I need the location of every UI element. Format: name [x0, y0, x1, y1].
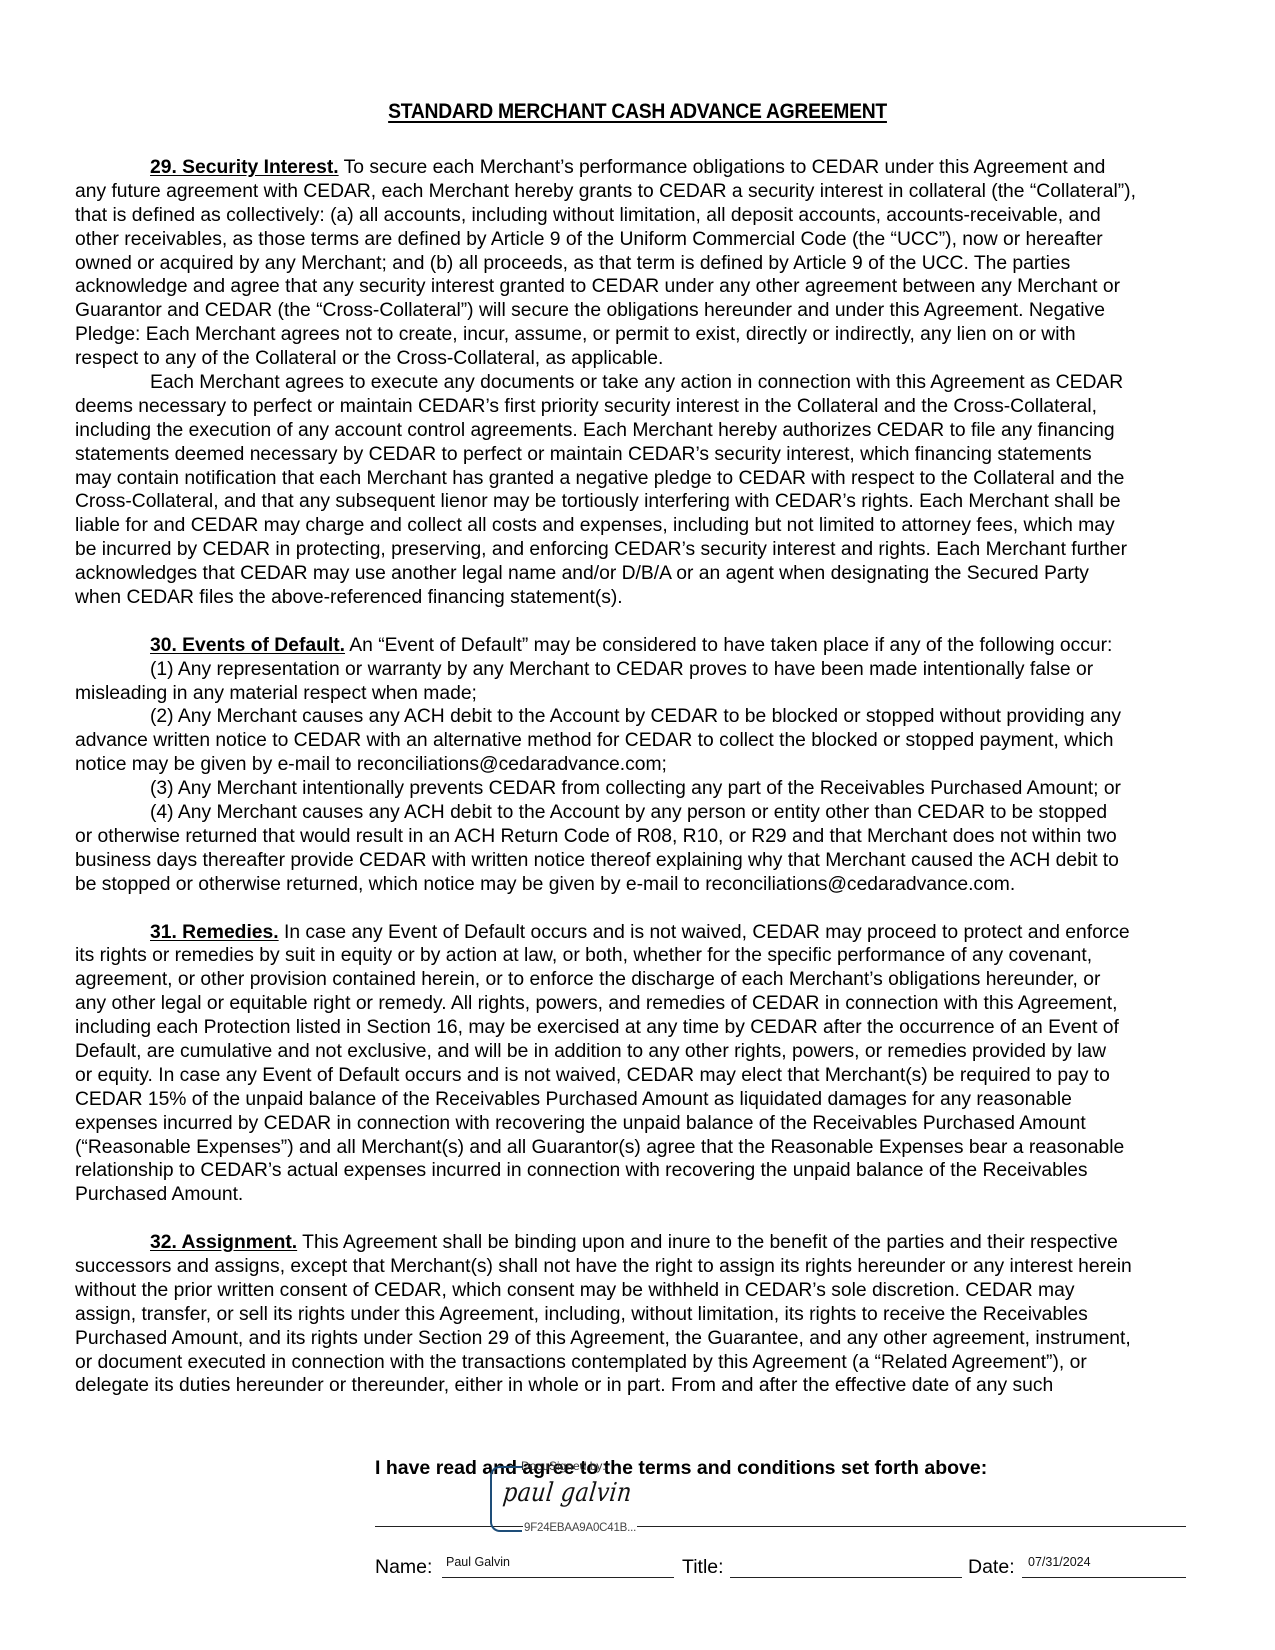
section-30-line: notice may be given by e-mail to reconci…: [75, 753, 1203, 777]
line-text: (3) Any Merchant intentionally prevents …: [150, 778, 1121, 799]
section-32-line: without the prior written consent of CED…: [75, 1279, 1203, 1303]
section-29-line: owned or acquired by any Merchant; and (…: [75, 252, 1203, 276]
section-31-line: (“Reasonable Expenses”) and all Merchant…: [75, 1136, 1203, 1160]
section-32-line: successors and assigns, except that Merc…: [75, 1255, 1203, 1279]
section-30-heading: 30. Events of Default.: [150, 635, 345, 656]
line-text: (2) Any Merchant causes any ACH debit to…: [150, 706, 1121, 727]
signer-fields: Name: Paul Galvin Title: Date: 07/31/202…: [0, 1553, 1275, 1583]
docusign-envelope-id: 9F24EBAA9A0C41B...: [523, 1522, 637, 1534]
section-30-line: (4) Any Merchant causes any ACH debit to…: [75, 801, 1203, 825]
line-text: any other legal or equitable right or re…: [75, 993, 1117, 1014]
line-text: liable for and CEDAR may charge and coll…: [75, 515, 1115, 536]
line-text: including each Protection listed in Sect…: [75, 1017, 1119, 1038]
section-31-heading: 31. Remedies.: [150, 922, 279, 943]
section-30-line: misleading in any material respect when …: [75, 682, 1203, 706]
line-text: assign, transfer, or sell its rights und…: [75, 1304, 1088, 1325]
document-page: STANDARD MERCHANT CASH ADVANCE AGREEMENT…: [0, 0, 1275, 1650]
docusign-label: DocuSigned by:: [521, 1459, 606, 1473]
section-29-line: Cross-Collateral, and that any subsequen…: [75, 490, 1203, 514]
section-29-line: Each Merchant agrees to execute any docu…: [75, 371, 1203, 395]
section-30-line: (1) Any representation or warranty by an…: [75, 658, 1203, 682]
line-text: expenses incurred by CEDAR in connection…: [75, 1113, 1086, 1134]
line-text: Each Merchant agrees to execute any docu…: [150, 372, 1123, 393]
section-30-line: be stopped or otherwise returned, which …: [75, 873, 1203, 897]
section-29-line: Guarantor and CEDAR (the “Cross-Collater…: [75, 299, 1203, 323]
line-text: (“Reasonable Expenses”) and all Merchant…: [75, 1137, 1124, 1158]
section-29-line: deems necessary to perfect or maintain C…: [75, 395, 1203, 419]
line-text: relationship to CEDAR’s actual expenses …: [75, 1160, 1088, 1181]
line-text: business days thereafter provide CEDAR w…: [75, 850, 1119, 871]
section-29-line: respect to any of the Collateral or the …: [75, 347, 1203, 371]
line-text: To secure each Merchant’s performance ob…: [339, 157, 1106, 178]
line-text: without the prior written consent of CED…: [75, 1280, 1074, 1301]
section-29-line: other receivables, as those terms are de…: [75, 228, 1203, 252]
title-label: Title:: [682, 1556, 724, 1579]
line-text: deems necessary to perfect or maintain C…: [75, 396, 1097, 417]
line-text: other receivables, as those terms are de…: [75, 229, 1103, 250]
section-29-line: including the execution of any account c…: [75, 419, 1203, 443]
line-text: advance written notice to CEDAR with an …: [75, 730, 1114, 751]
line-text: (4) Any Merchant causes any ACH debit to…: [150, 802, 1107, 823]
line-text: or document executed in connection with …: [75, 1352, 1087, 1373]
line-text: delegate its duties hereunder or thereun…: [75, 1375, 1053, 1396]
line-text: successors and assigns, except that Merc…: [75, 1256, 1132, 1277]
section-29-line: be incurred by CEDAR in protecting, pres…: [75, 538, 1203, 562]
acknowledgement-text: I have read and agree to the terms and c…: [375, 1457, 987, 1480]
line-text: This Agreement shall be binding upon and…: [297, 1232, 1118, 1253]
name-field[interactable]: Paul Galvin: [446, 1555, 510, 1569]
section-29-line: that is defined as collectively: (a) all…: [75, 204, 1203, 228]
date-field[interactable]: 07/31/2024: [1028, 1555, 1091, 1569]
section-31-line: its rights or remedies by suit in equity…: [75, 944, 1203, 968]
section-29-line: liable for and CEDAR may charge and coll…: [75, 514, 1203, 538]
line-text: when CEDAR files the above-referenced fi…: [75, 587, 623, 608]
line-text: Guarantor and CEDAR (the “Cross-Collater…: [75, 300, 1105, 321]
blank-line: [75, 897, 1203, 921]
section-31-line: Purchased Amount.: [75, 1183, 1203, 1207]
section-30-line: 30. Events of Default. An “Event of Defa…: [75, 634, 1203, 658]
title-underline: [730, 1577, 962, 1578]
section-32-line: 32. Assignment. This Agreement shall be …: [75, 1231, 1203, 1255]
section-32-line: delegate its duties hereunder or thereun…: [75, 1374, 1203, 1398]
document-title: STANDARD MERCHANT CASH ADVANCE AGREEMENT: [51, 100, 1224, 124]
blank-line: [75, 1207, 1203, 1231]
section-31-line: including each Protection listed in Sect…: [75, 1016, 1203, 1040]
section-29-line: may contain notification that each Merch…: [75, 467, 1203, 491]
section-31-line: any other legal or equitable right or re…: [75, 992, 1203, 1016]
line-text: notice may be given by e-mail to reconci…: [75, 754, 667, 775]
section-32-line: or document executed in connection with …: [75, 1351, 1203, 1375]
line-text: Purchased Amount, and its rights under S…: [75, 1328, 1131, 1349]
line-text: Pledge: Each Merchant agrees not to crea…: [75, 324, 1076, 345]
section-30-line: (3) Any Merchant intentionally prevents …: [75, 777, 1203, 801]
agreement-body: 29. Security Interest. To secure each Me…: [75, 156, 1203, 1398]
section-32-heading: 32. Assignment.: [150, 1232, 297, 1253]
section-29-heading: 29. Security Interest.: [150, 157, 339, 178]
line-text: may contain notification that each Merch…: [75, 468, 1124, 489]
line-text: owned or acquired by any Merchant; and (…: [75, 253, 1070, 274]
section-29-line: statements deemed necessary by CEDAR to …: [75, 443, 1203, 467]
section-30-line: (2) Any Merchant causes any ACH debit to…: [75, 705, 1203, 729]
section-31-line: CEDAR 15% of the unpaid balance of the R…: [75, 1088, 1203, 1112]
line-text: acknowledges that CEDAR may use another …: [75, 563, 1089, 584]
title-field[interactable]: [734, 1555, 960, 1575]
line-text: its rights or remedies by suit in equity…: [75, 945, 1092, 966]
line-text: In case any Event of Default occurs and …: [279, 922, 1130, 943]
line-text: respect to any of the Collateral or the …: [75, 348, 663, 369]
line-text: including the execution of any account c…: [75, 420, 1115, 441]
section-31-line: expenses incurred by CEDAR in connection…: [75, 1112, 1203, 1136]
date-label: Date:: [968, 1556, 1015, 1579]
line-text: Default, are cumulative and not exclusiv…: [75, 1041, 1106, 1062]
line-text: any future agreement with CEDAR, each Me…: [75, 181, 1136, 202]
line-text: be incurred by CEDAR in protecting, pres…: [75, 539, 1127, 560]
section-31-line: Default, are cumulative and not exclusiv…: [75, 1040, 1203, 1064]
line-text: Purchased Amount.: [75, 1184, 243, 1205]
line-text: or equity. In case any Event of Default …: [75, 1065, 1110, 1086]
section-31-line: relationship to CEDAR’s actual expenses …: [75, 1159, 1203, 1183]
section-29-line: 29. Security Interest. To secure each Me…: [75, 156, 1203, 180]
section-30-line: or otherwise returned that would result …: [75, 825, 1203, 849]
document-title-text: STANDARD MERCHANT CASH ADVANCE AGREEMENT: [388, 100, 887, 123]
date-underline: [1022, 1577, 1186, 1578]
line-text: Cross-Collateral, and that any subsequen…: [75, 491, 1121, 512]
section-31-line: agreement, or other provision contained …: [75, 968, 1203, 992]
section-29-line: when CEDAR files the above-referenced fi…: [75, 586, 1203, 610]
section-29-line: Pledge: Each Merchant agrees not to crea…: [75, 323, 1203, 347]
section-32-line: Purchased Amount, and its rights under S…: [75, 1327, 1203, 1351]
section-29-line: acknowledge and agree that any security …: [75, 275, 1203, 299]
line-text: that is defined as collectively: (a) all…: [75, 205, 1101, 226]
section-31-line: or equity. In case any Event of Default …: [75, 1064, 1203, 1088]
section-30-line: advance written notice to CEDAR with an …: [75, 729, 1203, 753]
name-underline: [442, 1577, 674, 1578]
line-text: be stopped or otherwise returned, which …: [75, 874, 1015, 895]
section-30-line: business days thereafter provide CEDAR w…: [75, 849, 1203, 873]
section-29-line: any future agreement with CEDAR, each Me…: [75, 180, 1203, 204]
line-text: or otherwise returned that would result …: [75, 826, 1117, 847]
line-text: (1) Any representation or warranty by an…: [150, 659, 1093, 680]
section-31-line: 31. Remedies. In case any Event of Defau…: [75, 921, 1203, 945]
line-text: agreement, or other provision contained …: [75, 969, 1100, 990]
blank-line: [75, 610, 1203, 634]
section-32-line: assign, transfer, or sell its rights und…: [75, 1303, 1203, 1327]
line-text: misleading in any material respect when …: [75, 683, 477, 704]
section-29-line: acknowledges that CEDAR may use another …: [75, 562, 1203, 586]
line-text: statements deemed necessary by CEDAR to …: [75, 444, 1092, 465]
line-text: An “Event of Default” may be considered …: [345, 635, 1112, 656]
signature[interactable]: paul galvin: [501, 1478, 633, 1508]
line-text: acknowledge and agree that any security …: [75, 276, 1120, 297]
name-label: Name:: [375, 1556, 432, 1579]
line-text: CEDAR 15% of the unpaid balance of the R…: [75, 1089, 1072, 1110]
